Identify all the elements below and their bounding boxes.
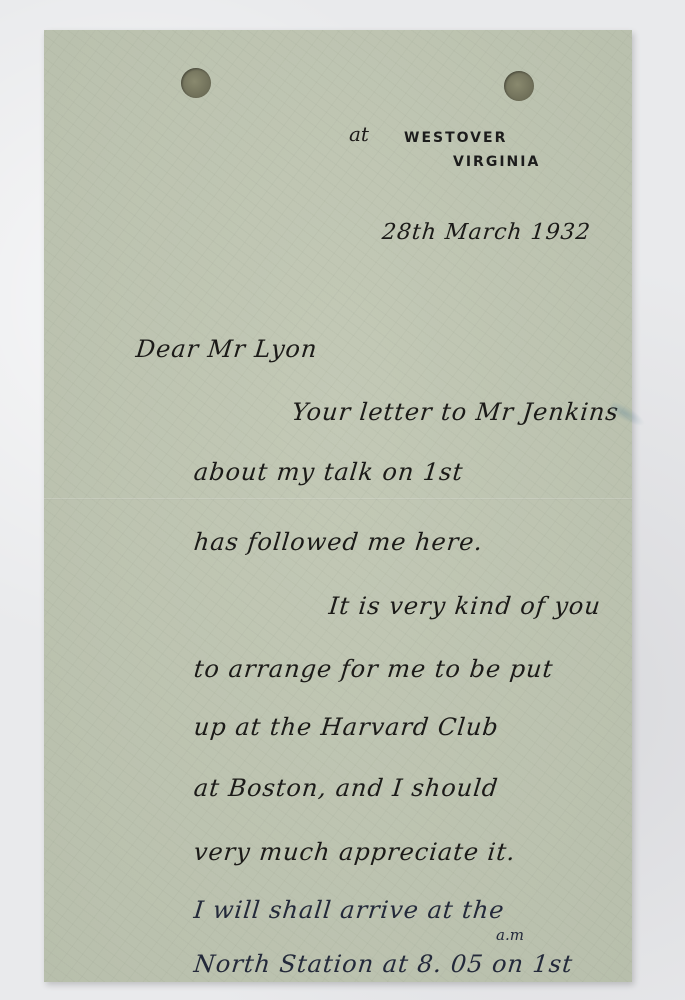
body-line-4: It is very kind of you [328,592,603,620]
body-line-3: has followed me here. [193,528,485,556]
letter-sheet: at WESTOVER VIRGINIA 28th March 1932 Dea… [44,30,632,982]
punch-hole-right [504,71,534,101]
body-line-10: North Station at 8. 05 on 1st [193,950,575,978]
letter-date: 28th March 1932 [381,220,592,245]
body-line-7: at Boston, and I should [193,774,500,802]
letterhead-handwritten-prefix: at [349,122,369,146]
body-line-1: Your letter to Mr Jenkins [291,398,621,426]
body-line-5: to arrange for me to be put [193,655,555,683]
body-line-8: very much appreciate it. [193,838,518,866]
time-superscript-am: a.m [496,926,524,944]
body-line-2: about my talk on 1st [193,458,465,486]
paper-fold-line [44,498,632,500]
body-line-6: up at the Harvard Club [193,713,501,741]
letterhead-estate-name: WESTOVER [404,130,507,146]
letterhead-state: VIRGINIA [453,154,540,170]
letter-salutation: Dear Mr Lyon [135,335,319,363]
punch-hole-left [181,68,211,98]
body-line-9: I will shall arrive at the [193,896,507,924]
